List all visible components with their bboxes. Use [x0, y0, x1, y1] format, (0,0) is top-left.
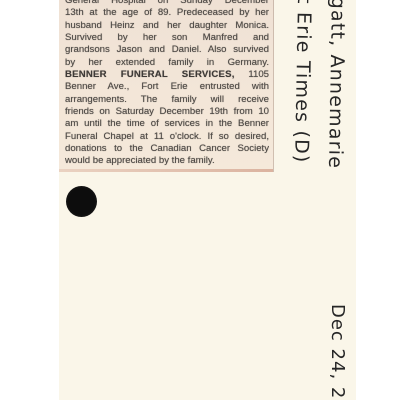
clipping-line: am until the time of services in the Ben…: [65, 118, 269, 130]
newspaper-clipping: General Hospital on Sunday December 13th…: [59, 0, 274, 172]
clipping-line: arrangements. The family will receive: [65, 94, 269, 106]
clipping-line: Funeral Chapel at 11 o'clock. If so desi…: [65, 131, 269, 143]
clipping-line: husband Heinz and her daughter Monica.: [65, 20, 269, 32]
clipping-line-funeral-home: BENNER FUNERAL SERVICES, 1105: [65, 69, 269, 81]
annotation-name-line: gatt, Annemarie: [318, 0, 355, 197]
clipping-line: 13th at the age of 89. Predeceased by he…: [65, 7, 269, 19]
funeral-home-address-number: 1105: [248, 69, 269, 80]
clipping-line: Benner Ave., Fort Erie entrusted with: [65, 81, 269, 93]
clipping-line: would be appreciated by the family.: [65, 155, 269, 167]
clipping-line: grandsons Jason and Daniel. Also survive…: [65, 44, 269, 56]
funeral-home-name: BENNER FUNERAL SERVICES,: [65, 69, 235, 80]
annotation-date: Dec 24, 2: [312, 304, 348, 400]
clipping-line: General Hospital on Sunday December: [65, 0, 269, 7]
obituary-text: General Hospital on Sunday December 13th…: [59, 0, 273, 168]
paper-sheet: General Hospital on Sunday December 13th…: [59, 0, 356, 400]
clipping-line: by her extended family in Germany.: [65, 57, 269, 69]
handwritten-annotation: gatt, Annemarie t Erie Times (D): [280, 0, 355, 197]
clipping-line: donations to the Canadian Cancer Society: [65, 143, 269, 155]
clipping-line: friends on Saturday December 19th from 1…: [65, 106, 269, 118]
scanned-page: General Hospital on Sunday December 13th…: [0, 0, 400, 400]
annotation-source-line: t Erie Times (D): [284, 0, 321, 196]
clipping-line: Survived by her son Manfred and: [65, 32, 269, 44]
clipping-torn-edge: [59, 169, 273, 172]
hole-punch-mark: [66, 186, 97, 217]
